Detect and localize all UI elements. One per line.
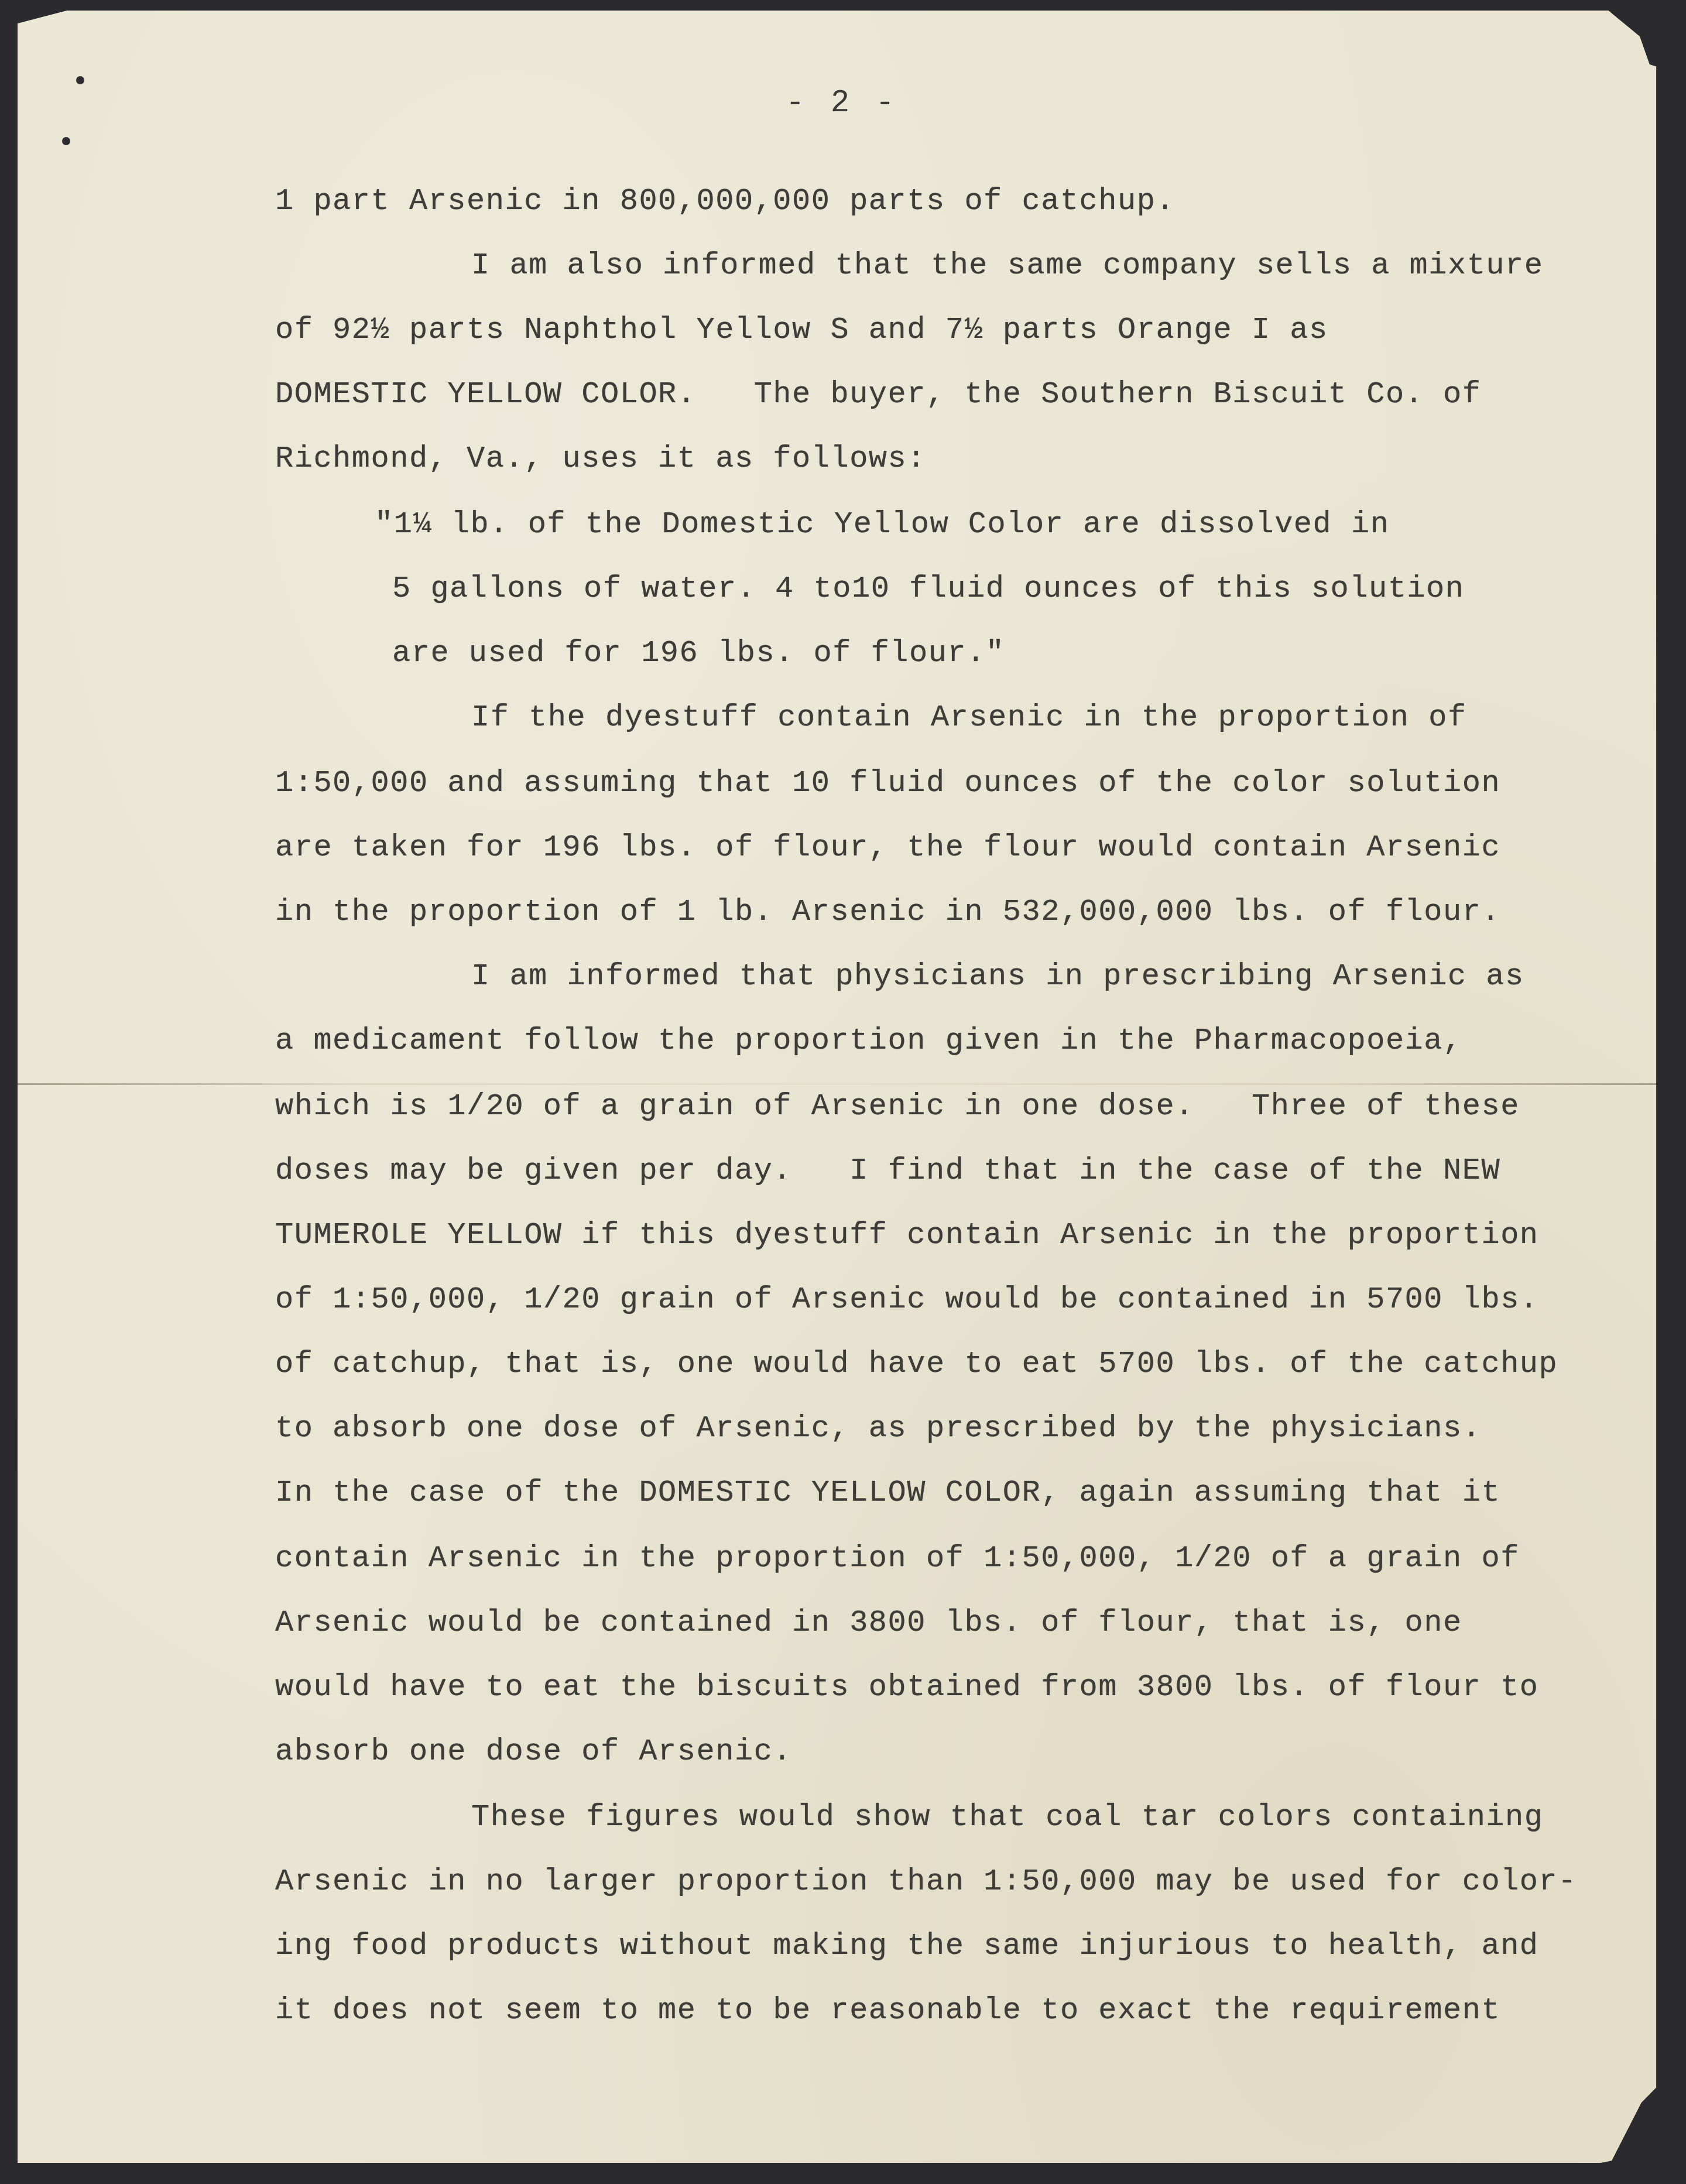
text-line: ing food products without making the sam… (275, 1931, 1539, 1962)
text-line: 1:50,000 and assuming that 10 fluid ounc… (275, 768, 1500, 799)
text-line: which is 1/20 of a grain of Arsenic in o… (275, 1091, 1520, 1122)
text-line: of 92½ parts Naphthol Yellow S and 7½ pa… (275, 315, 1328, 345)
text-line: of catchup, that is, one would have to e… (275, 1349, 1558, 1379)
text-line: a medicament follow the proportion given… (275, 1026, 1462, 1056)
text-line: of 1:50,000, 1/20 grain of Arsenic would… (275, 1285, 1539, 1315)
text-line: DOMESTIC YELLOW COLOR. The buyer, the So… (275, 379, 1481, 410)
text-line: contain Arsenic in the proportion of 1:5… (275, 1543, 1520, 1574)
text-line: "1¼ lb. of the Domestic Yellow Color are… (375, 509, 1389, 540)
page-number: - 2 - (18, 85, 1666, 121)
text-line: absorb one dose of Arsenic. (275, 1737, 792, 1767)
paper-fold-line (18, 1083, 1666, 1085)
text-line: 1 part Arsenic in 800,000,000 parts of c… (275, 186, 1175, 217)
text-line: to absorb one dose of Arsenic, as prescr… (275, 1413, 1481, 1444)
text-line: in the proportion of 1 lb. Arsenic in 53… (275, 897, 1500, 927)
text-line: TUMEROLE YELLOW if this dyestuff contain… (275, 1220, 1539, 1251)
text-line: These figures would show that coal tar c… (471, 1802, 1543, 1833)
text-line: would have to eat the biscuits obtained … (275, 1672, 1539, 1703)
punch-hole (62, 137, 70, 145)
text-line: Arsenic in no larger proportion than 1:5… (275, 1867, 1577, 1897)
text-line: are taken for 196 lbs. of flour, the flo… (275, 833, 1500, 863)
text-line: I am informed that physicians in prescri… (471, 961, 1524, 992)
text-line: are used for 196 lbs. of flour." (392, 638, 1005, 669)
punch-hole (76, 76, 84, 84)
text-line: 5 gallons of water. 4 to10 fluid ounces … (392, 574, 1464, 604)
text-line: it does not seem to me to be reasonable … (275, 1995, 1500, 2026)
text-line: I am also informed that the same company… (471, 251, 1543, 281)
text-line: If the dyestuff contain Arsenic in the p… (471, 703, 1467, 733)
text-line: Arsenic would be contained in 3800 lbs. … (275, 1608, 1462, 1638)
text-line: doses may be given per day. I find that … (275, 1156, 1500, 1186)
text-line: Richmond, Va., uses it as follows: (275, 444, 926, 474)
text-line: In the case of the DOMESTIC YELLOW COLOR… (275, 1478, 1500, 1508)
